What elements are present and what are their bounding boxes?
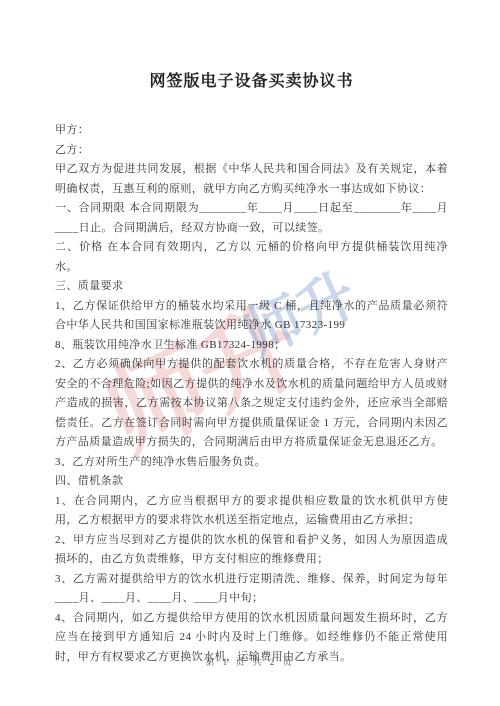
clause-quality-item-1b: 8、瓶装饮用纯净水卫生标准 GB17324-1998；	[55, 336, 448, 356]
clause-machine-item-3: 3、乙方需对提供给甲方的饮水机进行定期清洗、维修、保养，时间定为每年____月、…	[55, 570, 448, 609]
party-a-line: 甲方：	[55, 121, 448, 141]
clause-quality-heading: 三、质量要求	[55, 277, 448, 297]
page-number-footer: 第 1 页 共 2 页	[0, 655, 500, 668]
clause-quality-item-3: 3、乙方对所生产的纯净水售后服务负责。	[55, 453, 448, 473]
party-b-line: 乙方：	[55, 141, 448, 161]
clause-machine-heading: 四、借机条款	[55, 472, 448, 492]
clause-price-paragraph: 二、价格 在本合同有效期内，乙方以 元桶的价格向甲方提供桶装饮用纯净水。	[55, 238, 448, 277]
clause-quality-item-2: 2、乙方必须确保向甲方提供的配套饮水机的质量合格，不存在危害人身财产安全的不合理…	[55, 355, 448, 453]
clause-machine-item-2: 2、甲方应当尽到对乙方提供的饮水机的保管和看护义务，如因人为原因造成损坏的，由乙…	[55, 531, 448, 570]
clause-term-paragraph: 一、合同期限 本合同期限为________年____月____日起至______…	[55, 199, 448, 238]
contract-body: 甲方： 乙方： 甲乙双方为促进共同发展，根据《中华人民共和国合同法》及有关规定，…	[55, 121, 448, 667]
clause-machine-item-1: 1、在合同期内，乙方应当根据甲方的要求提供相应数量的饮水机供甲方使用，乙方根据甲…	[55, 492, 448, 531]
contract-page: 师升 师升 网签版电子设备买卖协议书 甲方： 乙方： 甲乙双方为促进共同发展，根…	[0, 0, 500, 706]
page-title: 网签版电子设备买卖协议书	[55, 68, 448, 91]
clause-quality-item-1: 1、乙方保证供给甲方的桶装水均采用一级 C 桶，且纯净水的产品质量必须符合中华人…	[55, 297, 448, 336]
preamble-paragraph: 甲乙双方为促进共同发展，根据《中华人民共和国合同法》及有关规定，本着明确权责，互…	[55, 160, 448, 199]
